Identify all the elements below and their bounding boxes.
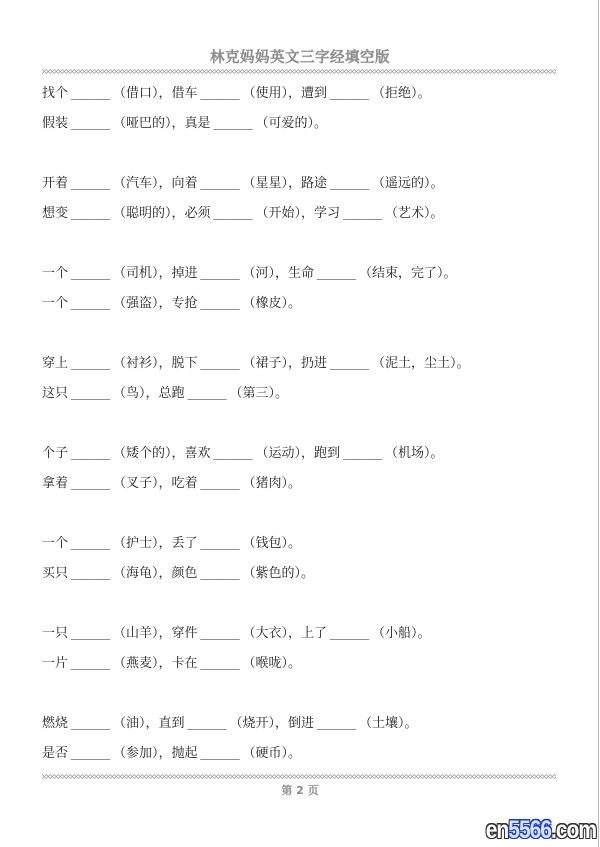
fill-in-blank: ______ — [71, 626, 110, 641]
line-segment: （紫色的）。 — [243, 566, 315, 581]
line-segment: （河），生命 — [243, 266, 315, 281]
line-segment: （鸟），总跑 — [113, 386, 185, 401]
fill-in-blank: ______ — [317, 266, 356, 281]
watermark-suffix: .com — [551, 816, 596, 844]
fill-in-blank: ______ — [201, 656, 240, 671]
fill-in-blank: ______ — [71, 116, 110, 131]
line-segment: （燕麦），卡在 — [113, 656, 198, 671]
line-segment: 拿着 — [42, 476, 68, 491]
line-segment: （硬币）。 — [243, 746, 302, 761]
line-segment: （喉咙）。 — [243, 656, 302, 671]
fill-in-blank: ______ — [188, 716, 227, 731]
fill-in-blank: ______ — [201, 356, 240, 371]
fill-in-blank: ______ — [71, 476, 110, 491]
line-segment: （遥远的）。 — [372, 176, 444, 191]
fill-in-blank: ______ — [201, 746, 240, 761]
fill-in-blank: ______ — [317, 716, 356, 731]
line-segment: 买只 — [42, 566, 68, 581]
line-segment: （衬衫），脱下 — [113, 356, 198, 371]
line-segment: （司机），掉进 — [113, 266, 198, 281]
line-segment: 假装 — [42, 116, 68, 131]
exercise-line: 开着______（汽车），向着______（星星），路途______（遥远的）。 — [42, 176, 444, 192]
fill-in-blank: ______ — [71, 656, 110, 671]
line-segment: 一个 — [42, 536, 68, 551]
line-segment: （橡皮）。 — [243, 296, 302, 311]
line-segment: （哑巴的），真是 — [113, 116, 211, 131]
fill-in-blank: ______ — [71, 446, 110, 461]
fill-in-blank: ______ — [201, 566, 240, 581]
line-segment: （第三）。 — [230, 386, 289, 401]
line-segment: （强盗），专抢 — [113, 296, 198, 311]
line-segment: （泥土，尘土）。 — [372, 356, 470, 371]
fill-in-blank: ______ — [71, 386, 110, 401]
line-segment: （矮个的），喜欢 — [113, 446, 211, 461]
fill-in-blank: ______ — [330, 356, 369, 371]
line-segment: （拒绝）。 — [372, 86, 431, 101]
fill-in-blank: ______ — [71, 206, 110, 221]
line-segment: 一个 — [42, 296, 68, 311]
line-segment: （开始），学习 — [256, 206, 341, 221]
line-segment: 是否 — [42, 746, 68, 761]
fill-in-blank: ______ — [71, 266, 110, 281]
line-segment: 一个 — [42, 266, 68, 281]
fill-in-blank: ______ — [188, 386, 227, 401]
line-segment: 这只 — [42, 386, 68, 401]
line-segment: （小船）。 — [372, 626, 431, 641]
fill-in-blank: ______ — [71, 86, 110, 101]
watermark-prefix: en — [486, 816, 509, 844]
exercise-line: 是否______（参加），抛起______（硬币）。 — [42, 746, 301, 762]
line-segment: （借口），借车 — [113, 86, 198, 101]
fill-in-blank: ______ — [201, 626, 240, 641]
line-segment: （油），直到 — [113, 716, 185, 731]
line-segment: （星星），路途 — [243, 176, 328, 191]
site-watermark: en5566.com — [486, 816, 596, 845]
exercise-line: 想变______（聪明的），必须______（开始），学习______（艺术）。 — [42, 206, 444, 222]
line-segment: 找个 — [42, 86, 68, 101]
fill-in-blank: ______ — [330, 176, 369, 191]
exercise-line: 找个______（借口），借车______（使用），遭到______（拒绝）。 — [42, 86, 431, 102]
line-segment: （机场）。 — [385, 446, 444, 461]
line-segment: （艺术）。 — [385, 206, 444, 221]
line-segment: （山羊），穿件 — [113, 626, 198, 641]
fill-in-blank: ______ — [71, 716, 110, 731]
fill-in-blank: ______ — [71, 296, 110, 311]
fill-in-blank: ______ — [214, 116, 253, 131]
exercise-line: 一个______（司机），掉进______（河），生命______（结束，完了）… — [42, 266, 457, 282]
exercise-line: 个子______（矮个的），喜欢______（运动），跑到______（机场）。 — [42, 446, 444, 462]
line-segment: （聪明的），必须 — [113, 206, 211, 221]
line-segment: （裙子），扔进 — [243, 356, 328, 371]
line-segment: 开着 — [42, 176, 68, 191]
line-segment: （烧开），倒进 — [230, 716, 315, 731]
fill-in-blank: ______ — [330, 626, 369, 641]
watermark-accent: 5566 — [508, 816, 551, 844]
line-segment: （叉子），吃着 — [113, 476, 198, 491]
exercise-line: 一个______（护士），丢了______（钱包）。 — [42, 536, 301, 552]
line-segment: （大衣），上了 — [243, 626, 328, 641]
line-segment: （猪肉）。 — [243, 476, 302, 491]
exercise-line: 一个______（强盗），专抢______（橡皮）。 — [42, 296, 301, 312]
fill-in-blank: ______ — [201, 536, 240, 551]
fill-in-blank: ______ — [214, 206, 253, 221]
fill-in-blank: ______ — [201, 476, 240, 491]
line-segment: 一片 — [42, 656, 68, 671]
line-segment: 想变 — [42, 206, 68, 221]
exercise-line: 拿着______（叉子），吃着______（猪肉）。 — [42, 476, 301, 492]
line-segment: 个子 — [42, 446, 68, 461]
fill-in-blank: ______ — [201, 86, 240, 101]
fill-in-blank: ______ — [71, 176, 110, 191]
line-segment: （汽车），向着 — [113, 176, 198, 191]
fill-in-blank: ______ — [343, 206, 382, 221]
fill-in-blank: ______ — [330, 86, 369, 101]
line-segment: （钱包）。 — [243, 536, 302, 551]
line-segment: （运动），跑到 — [256, 446, 341, 461]
line-segment: （海龟），颜色 — [113, 566, 198, 581]
fill-in-blank: ______ — [343, 446, 382, 461]
exercise-line: 假装______（哑巴的），真是______（可爱的）。 — [42, 116, 327, 132]
line-segment: （参加），抛起 — [113, 746, 198, 761]
exercise-line: 买只______（海龟），颜色______（紫色的）。 — [42, 566, 314, 582]
line-segment: 一只 — [42, 626, 68, 641]
fill-in-blank: ______ — [214, 446, 253, 461]
fill-in-blank: ______ — [201, 266, 240, 281]
line-segment: （使用），遭到 — [243, 86, 328, 101]
page-edge-border — [598, 0, 599, 847]
wavy-divider-bottom — [42, 774, 556, 779]
fill-in-blank: ______ — [71, 746, 110, 761]
wavy-divider-top — [42, 69, 556, 74]
fill-in-blank: ______ — [71, 566, 110, 581]
document-title: 林克妈妈英文三字经填空版 — [0, 46, 600, 67]
page-number-label: 第 2 页 — [0, 782, 600, 798]
line-segment: （土壤）。 — [359, 716, 418, 731]
line-segment: （结束，完了）。 — [359, 266, 457, 281]
line-segment: （可爱的）。 — [256, 116, 328, 131]
exercise-line: 燃烧______（油），直到______（烧开），倒进______（土壤）。 — [42, 716, 418, 732]
exercise-line: 这只______（鸟），总跑______（第三）。 — [42, 386, 288, 402]
exercise-line: 一只______（山羊），穿件______（大衣），上了______（小船）。 — [42, 626, 431, 642]
fill-in-blank: ______ — [71, 536, 110, 551]
fill-in-blank: ______ — [71, 356, 110, 371]
line-segment: 燃烧 — [42, 716, 68, 731]
line-segment: 穿上 — [42, 356, 68, 371]
exercise-line: 穿上______（衬衫），脱下______（裙子），扔进______（泥土，尘土… — [42, 356, 470, 372]
fill-in-blank: ______ — [201, 176, 240, 191]
line-segment: （护士），丢了 — [113, 536, 198, 551]
fill-in-blank: ______ — [201, 296, 240, 311]
exercise-line: 一片______（燕麦），卡在______（喉咙）。 — [42, 656, 301, 672]
